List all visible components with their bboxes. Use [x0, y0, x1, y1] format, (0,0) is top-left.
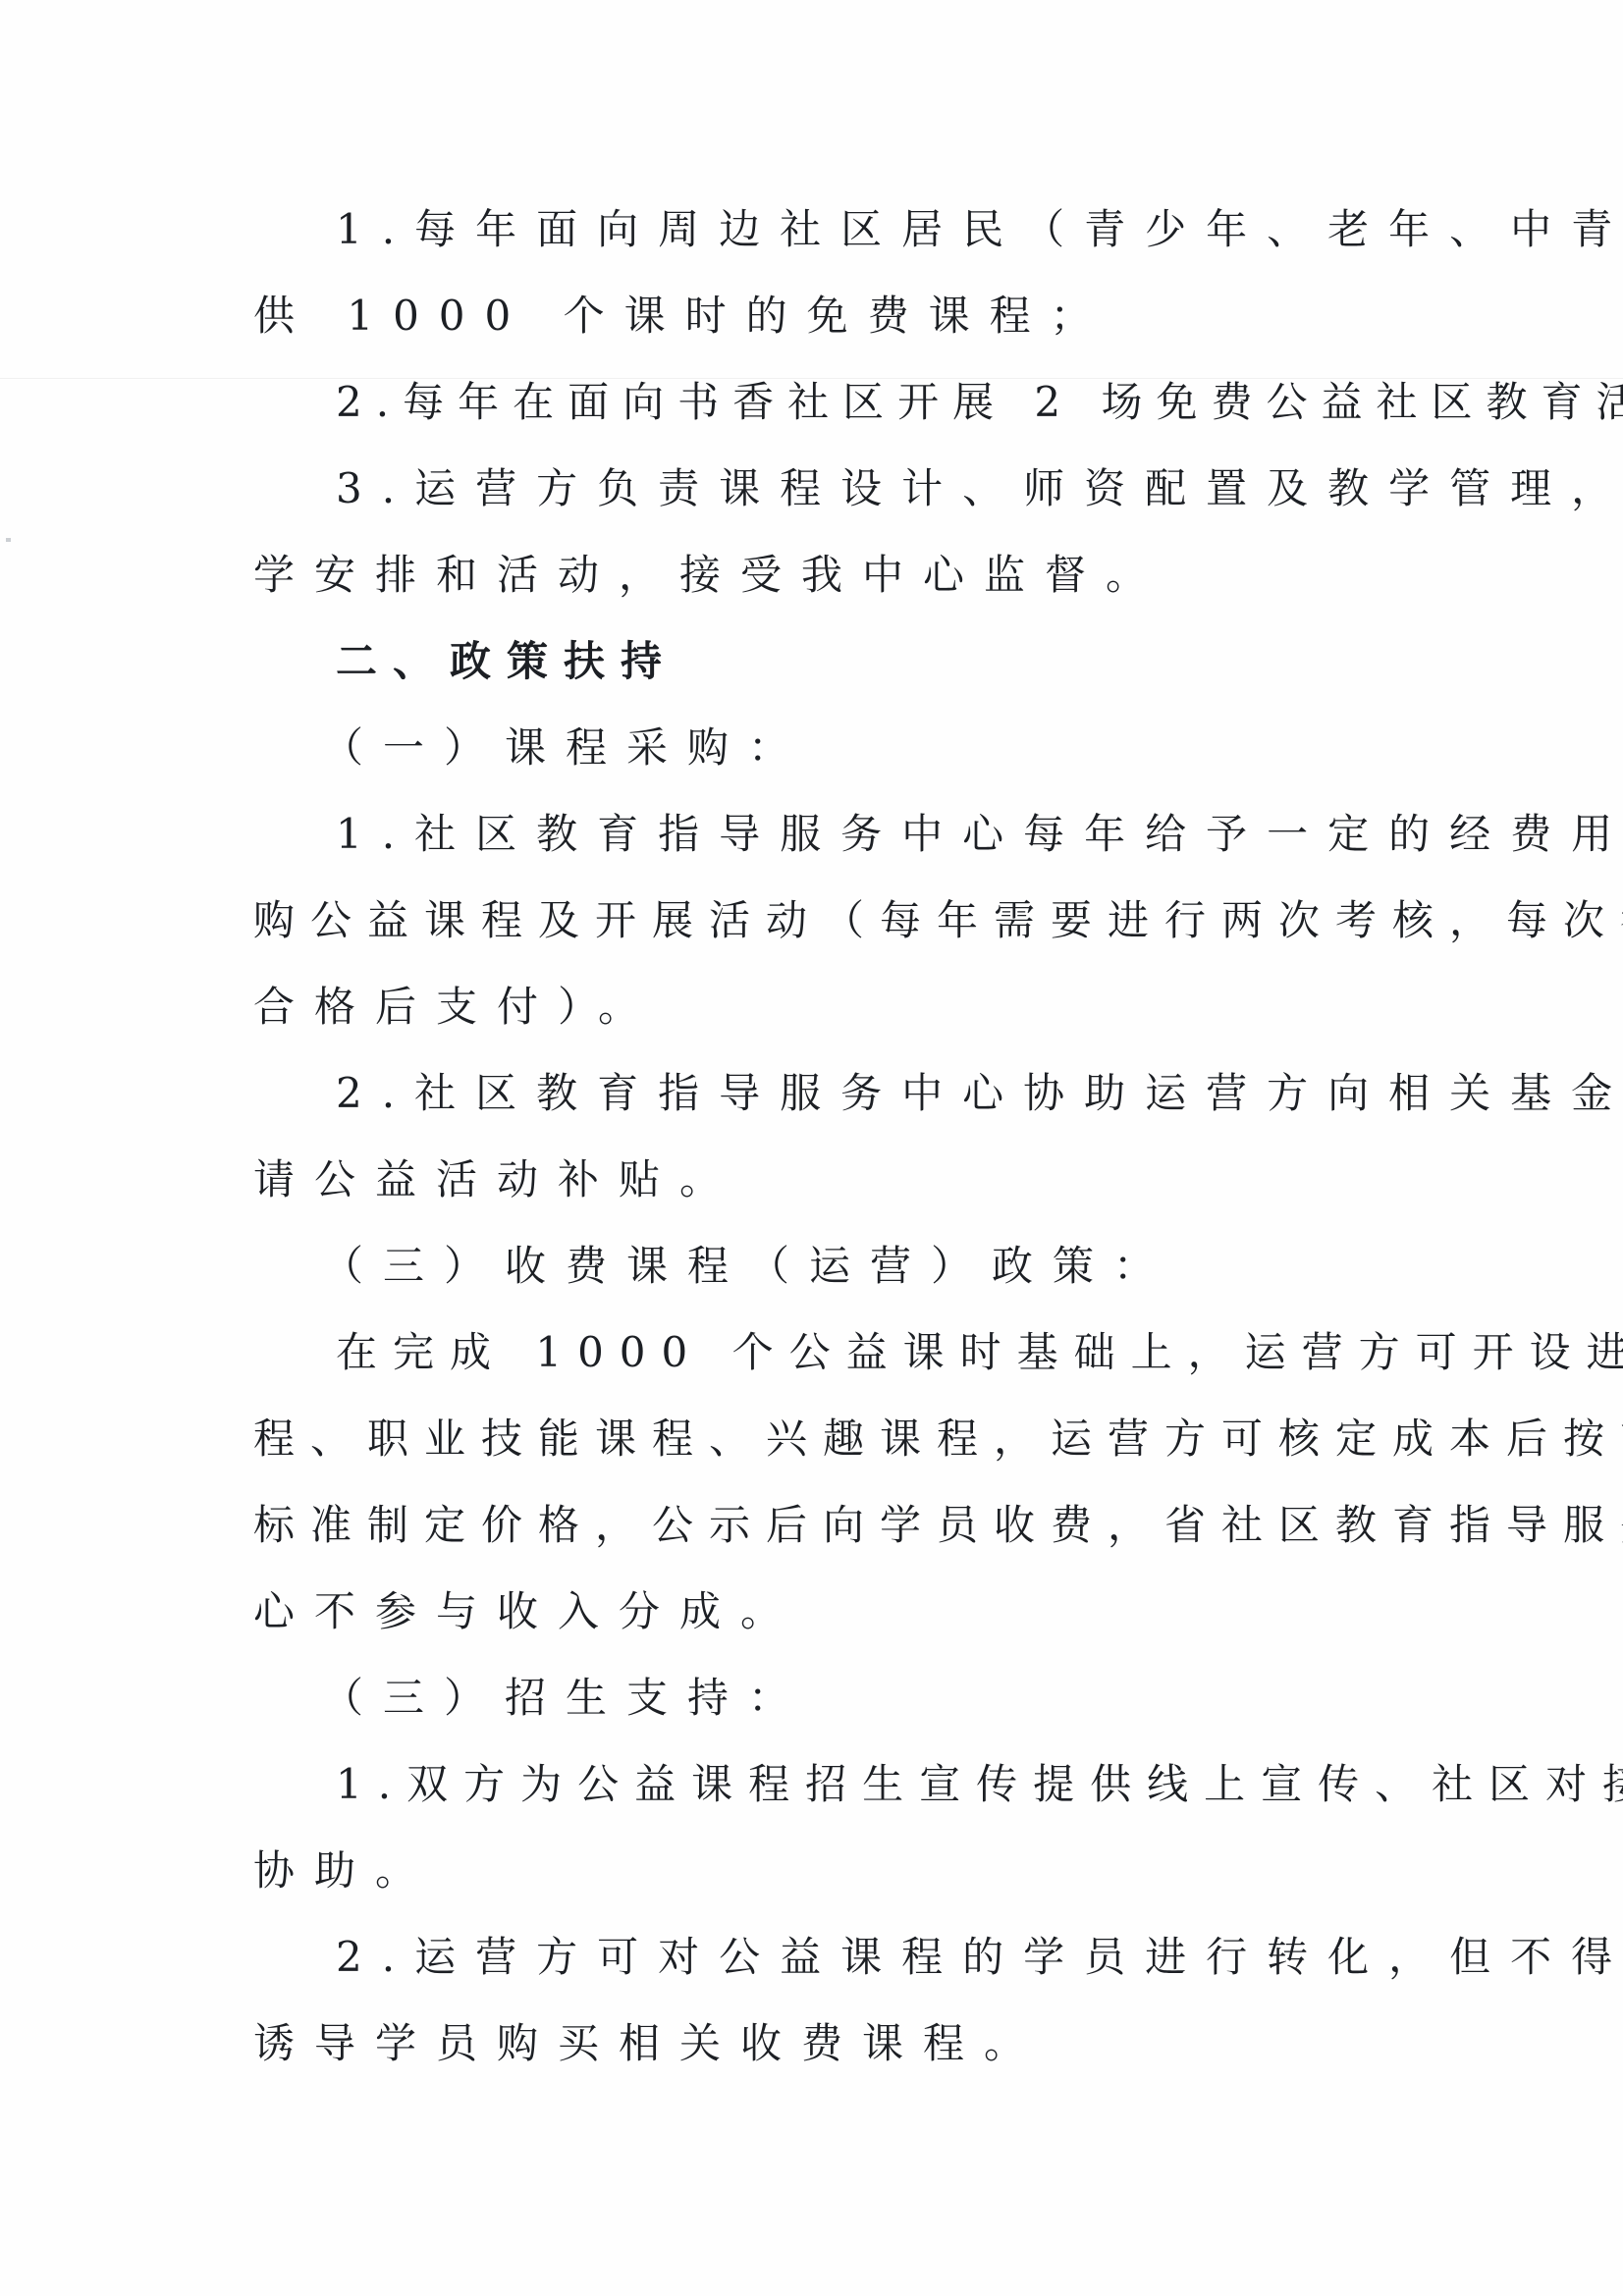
section-heading-policy-support: 二、政策扶持: [253, 618, 1373, 705]
item-3-line-2: 学安排和活动，接受我中心监督。: [253, 532, 1373, 618]
enrollment-item-2-line-2: 诱导学员购买相关收费课程。: [253, 2001, 1373, 2087]
subsection-heading-course-procurement: （一）课程采购：: [253, 705, 1373, 791]
procurement-item-1-line-2: 购公益课程及开展活动（每年需要进行两次考核，每次考核: [253, 878, 1373, 964]
paid-courses-para-line-3: 标准制定价格，公示后向学员收费，省社区教育指导服务中: [253, 1482, 1373, 1569]
subsection-heading-enrollment-support: （三）招生支持：: [253, 1655, 1373, 1741]
subsection-heading-paid-courses: （三）收费课程（运营）政策：: [253, 1223, 1373, 1309]
paid-courses-para-line-4: 心不参与收入分成。: [253, 1569, 1373, 1655]
procurement-item-1-line-3: 合格后支付）。: [253, 964, 1373, 1050]
procurement-item-2-line-2: 请公益活动补贴。: [253, 1137, 1373, 1223]
document-page: 1.每年面向周边社区居民（青少年、老年、中青年）提 供 1000 个课时的免费课…: [0, 0, 1623, 2296]
scan-artifact-mark: [6, 538, 11, 542]
item-1-line-2: 供 1000 个课时的免费课程；: [253, 273, 1373, 359]
item-2-line-1: 2.每年在面向书香社区开展 2 场免费公益社区教育活动；: [253, 359, 1373, 446]
paid-courses-para-line-2: 程、职业技能课程、兴趣课程，运营方可核定成本后按市场: [253, 1396, 1373, 1482]
procurement-item-1-line-1: 1.社区教育指导服务中心每年给予一定的经费用于采: [253, 791, 1373, 878]
enrollment-item-2-line-1: 2.运营方可对公益课程的学员进行转化，但不得强制或: [253, 1914, 1373, 2001]
item-3-line-1: 3.运营方负责课程设计、师资配置及教学管理，相关教: [253, 446, 1373, 532]
enrollment-item-1-line-2: 协助。: [253, 1828, 1373, 1914]
item-1-line-1: 1.每年面向周边社区居民（青少年、老年、中青年）提: [253, 187, 1373, 273]
procurement-item-2-line-1: 2.社区教育指导服务中心协助运营方向相关基金会申: [253, 1050, 1373, 1137]
enrollment-item-1-line-1: 1.双方为公益课程招生宣传提供线上宣传、社区对接等: [253, 1741, 1373, 1828]
paid-courses-para-line-1: 在完成 1000 个公益课时基础上，运营方可开设进阶课: [253, 1309, 1373, 1396]
document-body: 1.每年面向周边社区居民（青少年、老年、中青年）提 供 1000 个课时的免费课…: [253, 187, 1373, 2087]
